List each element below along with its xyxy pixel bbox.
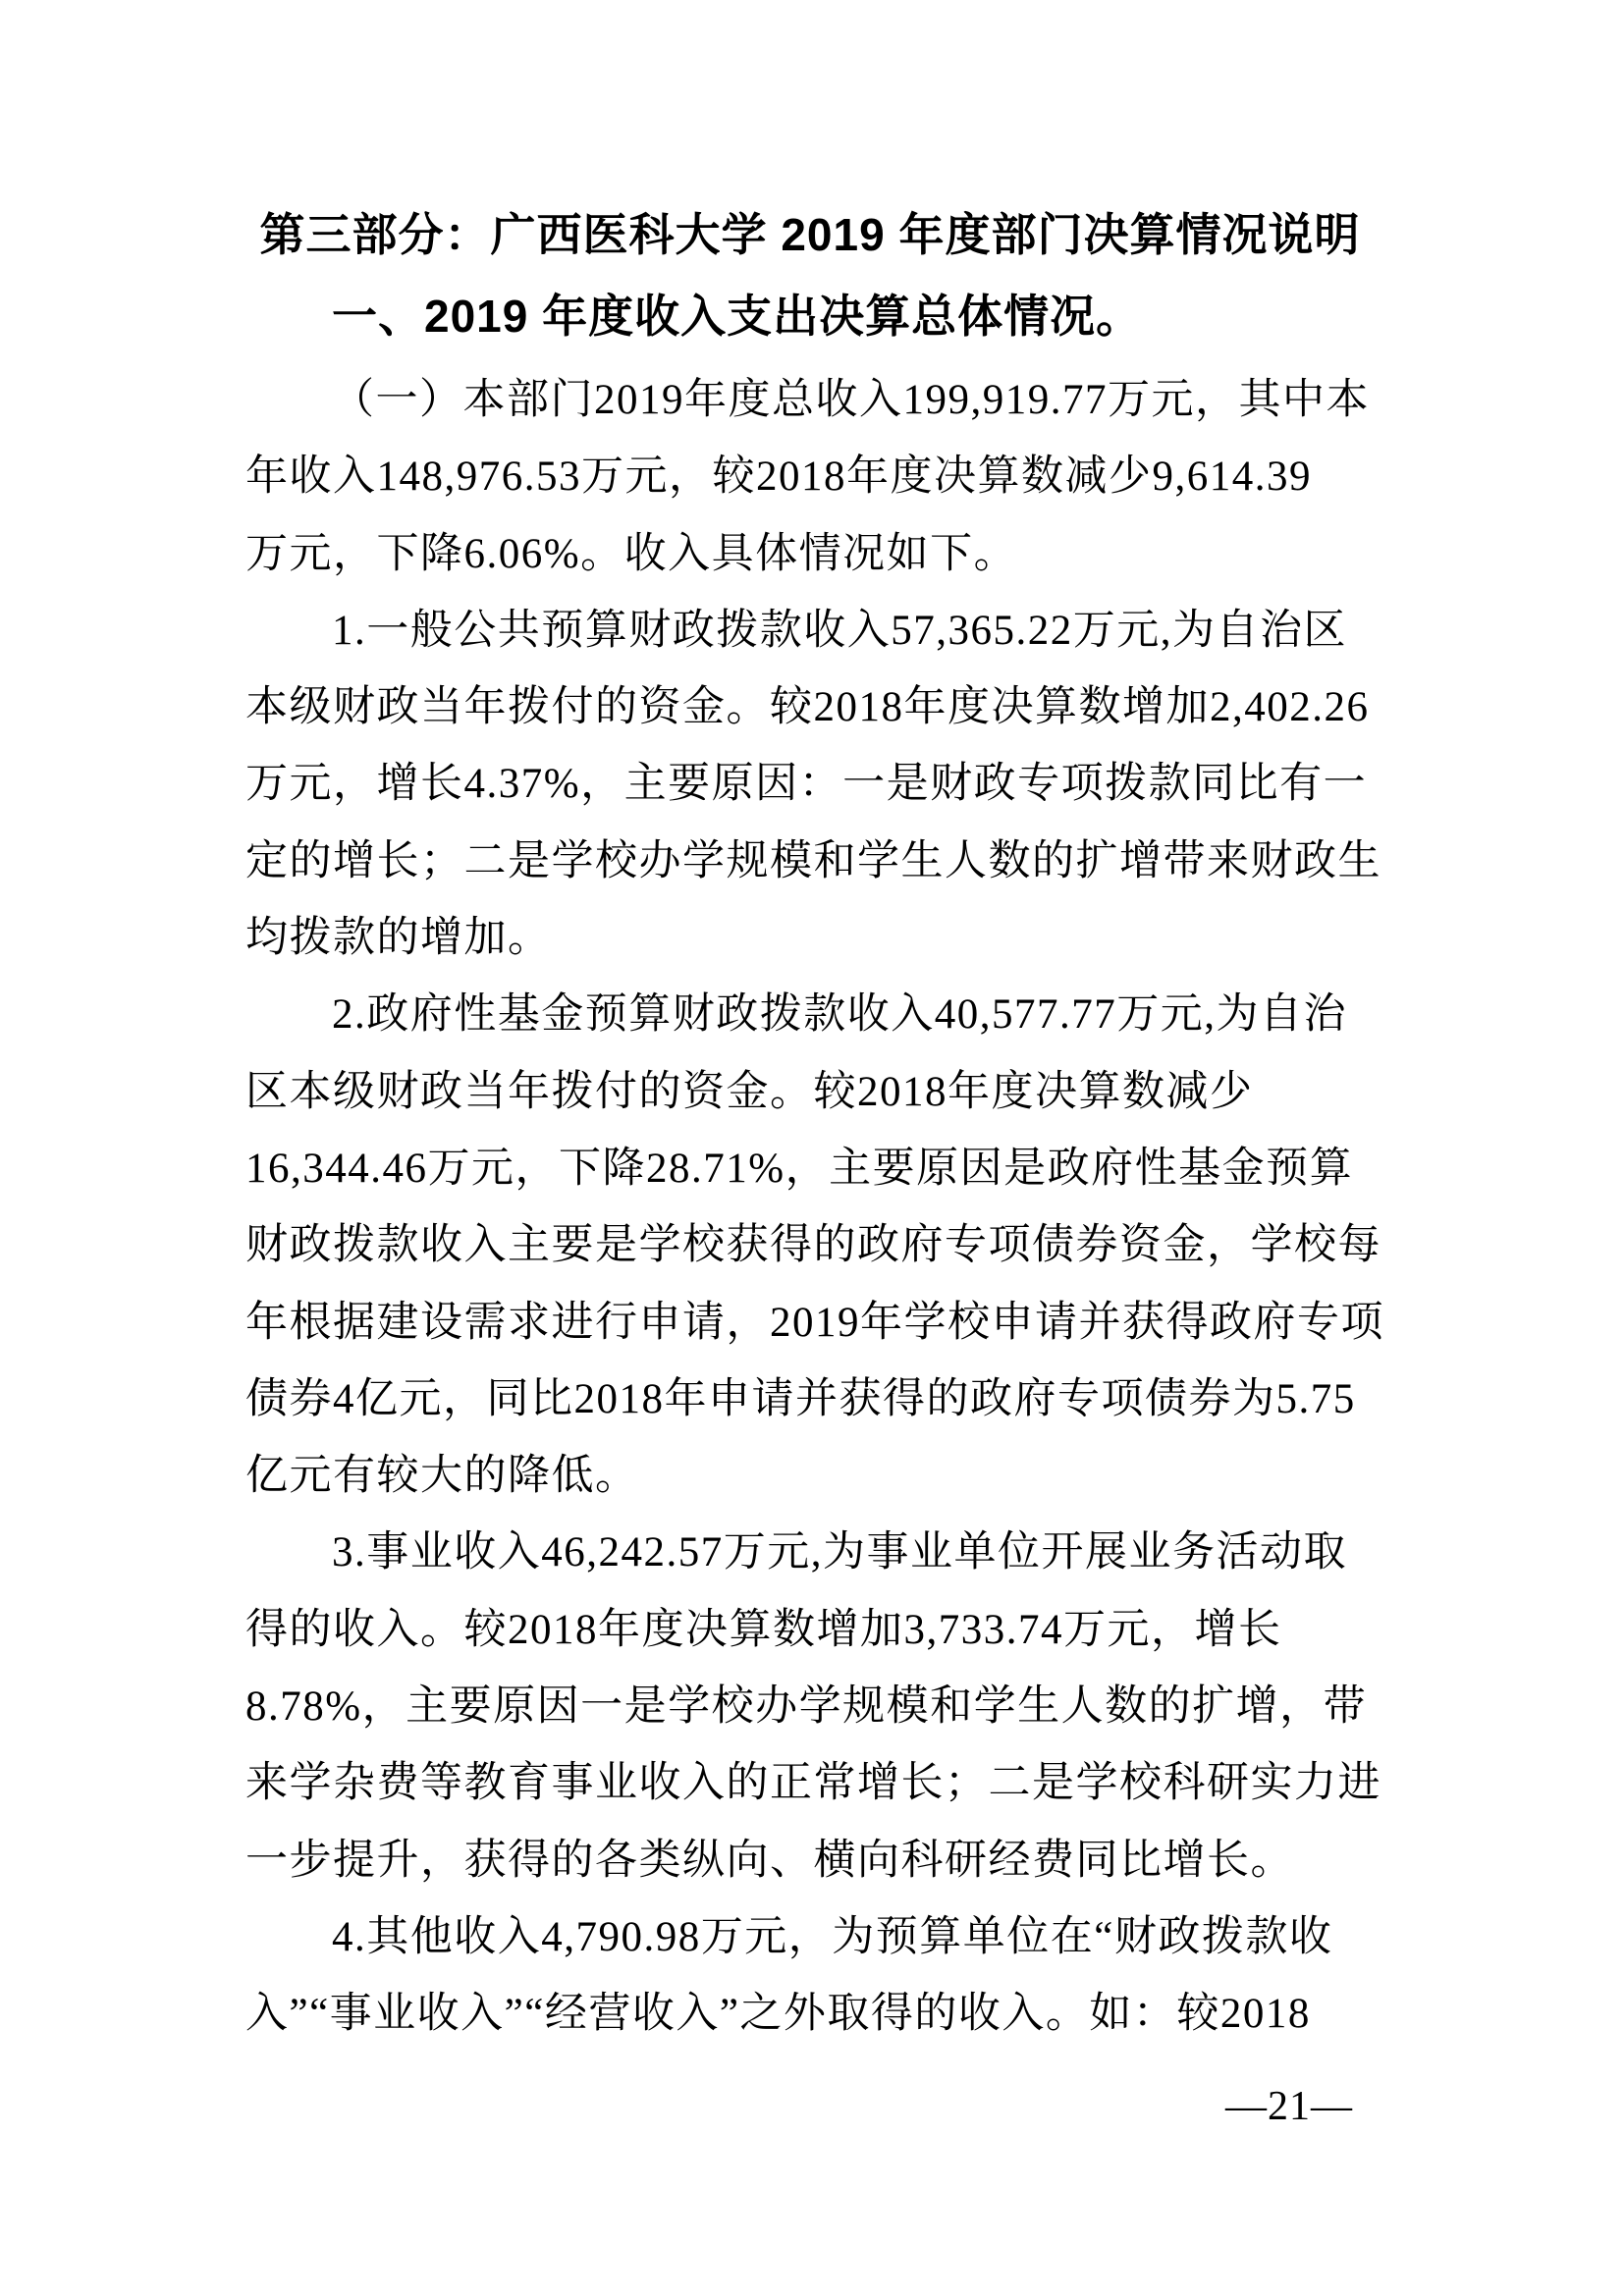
text-line: 年收入148,976.53万元，较2018年度决算数减少9,614.39 [245, 439, 1375, 515]
paragraph-overview: （一）本部门2019年度总收入199,919.77万元，其中本年收入148,97… [245, 362, 1375, 593]
text-line: 一步提升，获得的各类纵向、横向科研经费同比增长。 [245, 1823, 1375, 1899]
text-line: 1.一般公共预算财政拨款收入57,365.22万元,为自治区 [245, 593, 1375, 669]
paragraph-item-1-general-public-budget: 1.一般公共预算财政拨款收入57,365.22万元,为自治区本级财政当年拨付的资… [245, 593, 1375, 977]
text-line: 年根据建设需求进行申请，2019年学校申请并获得政府专项 [245, 1285, 1375, 1362]
text-line: 财政拨款收入主要是学校获得的政府专项债券资金，学校每 [245, 1207, 1375, 1284]
text-line: 亿元有较大的降低。 [245, 1438, 1375, 1515]
text-line: 均拨款的增加。 [245, 900, 1375, 977]
paragraph-item-4-other-income: 4.其他收入4,790.98万元，为预算单位在“财政拨款收入”“事业收入”“经营… [245, 1899, 1375, 2054]
text-line: 本级财政当年拨付的资金。较2018年度决算数增加2,402.26 [245, 669, 1375, 746]
page-number: —21— [1225, 2069, 1353, 2144]
text-line: 16,344.46万元，下降28.71%，主要原因是政府性基金预算 [245, 1131, 1375, 1207]
text-line: （一）本部门2019年度总收入199,919.77万元，其中本 [245, 362, 1375, 439]
page-title: 第三部分：广西医科大学 2019 年度部门决算情况说明 [245, 202, 1375, 267]
text-line: 区本级财政当年拨付的资金。较2018年度决算数减少 [245, 1054, 1375, 1131]
section-heading: 一、2019 年度收入支出决算总体情况。 [245, 284, 1375, 348]
document-page: 第三部分：广西医科大学 2019 年度部门决算情况说明 一、2019 年度收入支… [0, 0, 1624, 2296]
paragraph-item-2-government-fund: 2.政府性基金预算财政拨款收入40,577.77万元,为自治区本级财政当年拨付的… [245, 977, 1375, 1515]
text-line: 债券4亿元，同比2018年申请并获得的政府专项债券为5.75 [245, 1362, 1375, 1438]
text-line: 2.政府性基金预算财政拨款收入40,577.77万元,为自治 [245, 977, 1375, 1053]
text-line: 4.其他收入4,790.98万元，为预算单位在“财政拨款收 [245, 1899, 1375, 1976]
text-line: 得的收入。较2018年度决算数增加3,733.74万元，增长 [245, 1592, 1375, 1669]
paragraph-item-3-institutional-income: 3.事业收入46,242.57万元,为事业单位开展业务活动取得的收入。较2018… [245, 1515, 1375, 1898]
text-line: 万元，下降6.06%。收入具体情况如下。 [245, 516, 1375, 593]
text-line: 入”“事业收入”“经营收入”之外取得的收入。如：较2018 [245, 1976, 1375, 2053]
text-line: 3.事业收入46,242.57万元,为事业单位开展业务活动取 [245, 1515, 1375, 1591]
document-body: （一）本部门2019年度总收入199,919.77万元，其中本年收入148,97… [245, 362, 1375, 2054]
text-line: 定的增长；二是学校办学规模和学生人数的扩增带来财政生 [245, 824, 1375, 900]
text-line: 来学杂费等教育事业收入的正常增长；二是学校科研实力进 [245, 1745, 1375, 1822]
text-line: 8.78%，主要原因一是学校办学规模和学生人数的扩增，带 [245, 1669, 1375, 1745]
text-line: 万元，增长4.37%，主要原因：一是财政专项拨款同比有一 [245, 746, 1375, 823]
